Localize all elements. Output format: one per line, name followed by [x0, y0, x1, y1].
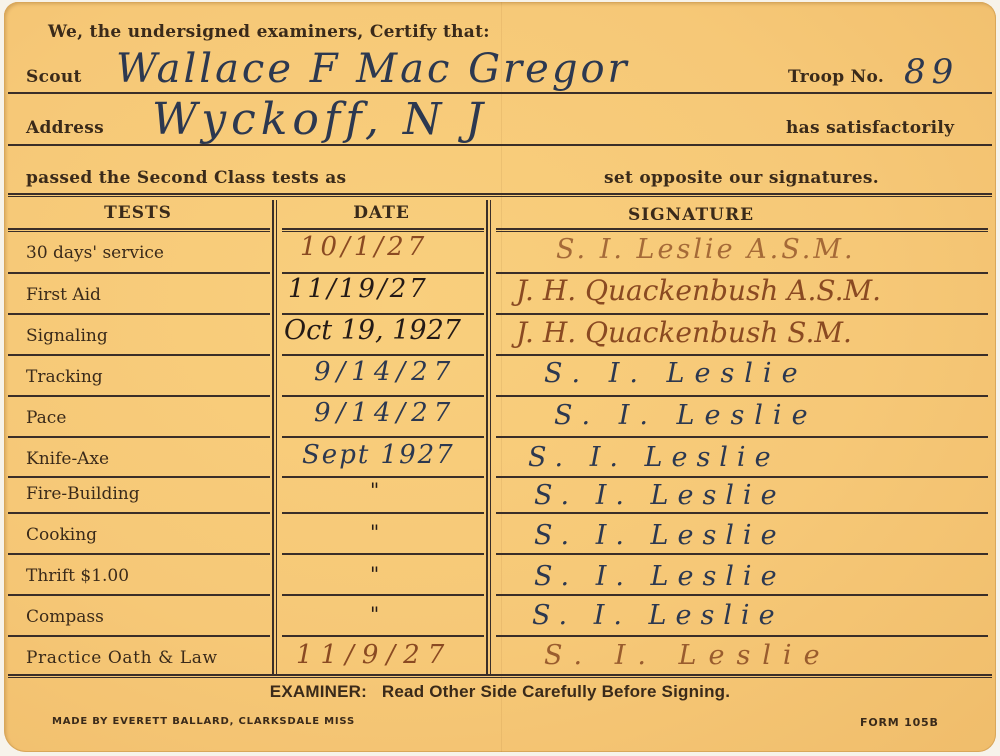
row-rule	[496, 635, 988, 637]
row-rule	[496, 313, 988, 315]
header-top-double-rule	[8, 193, 992, 197]
address-handwritten: Wyckoff, N J	[152, 94, 488, 145]
row-rule	[8, 354, 270, 356]
test-label: First Aid	[26, 285, 101, 305]
passed-class: Second Class	[137, 168, 266, 188]
signature-handwritten: S. I. Leslie A.S.M.	[556, 234, 856, 265]
signature-handwritten: S. I. Leslie	[554, 400, 818, 431]
test-label: Pace	[26, 408, 66, 428]
row-rule	[282, 436, 484, 438]
header-tests: TESTS	[4, 203, 272, 223]
scout-certificate-card: We, the undersigned examiners, Certify t…	[4, 2, 996, 752]
signature-handwritten: J. H. Quackenbush S.M.	[516, 316, 852, 349]
signature-handwritten: S. I. Leslie	[544, 358, 808, 389]
row-rule	[282, 594, 484, 596]
row-rule	[8, 272, 270, 274]
signature-handwritten: S. I. Leslie	[534, 561, 786, 592]
row-rule	[8, 635, 270, 637]
date-handwritten: 11/19/27	[288, 274, 429, 304]
test-label: Fire-Building	[26, 484, 140, 504]
address-rule	[8, 144, 992, 146]
row-rule	[282, 476, 484, 478]
date-handwritten: Oct 19, 1927	[284, 315, 461, 346]
scout-name-handwritten: Wallace F Mac Gregor	[116, 46, 630, 92]
test-label: 30 days' service	[26, 243, 164, 263]
row-rule	[282, 635, 484, 637]
test-label: Signaling	[26, 326, 108, 346]
row-rule	[8, 594, 270, 596]
signature-handwritten: S. I. Leslie	[532, 600, 784, 631]
signature-handwritten: J. H. Quackenbush A.S.M.	[516, 274, 881, 307]
date-handwritten: 9/14/27	[314, 398, 456, 428]
row-rule	[496, 512, 988, 514]
signature-handwritten: S. I. Leslie	[534, 480, 786, 511]
date-handwritten: Sept 1927	[302, 440, 455, 470]
date-ditto-mark: "	[370, 520, 379, 544]
row-rule	[8, 395, 270, 397]
column-divider-tests-date	[272, 200, 277, 674]
row-rule	[282, 512, 484, 514]
row-rule	[8, 436, 270, 438]
card-fold-crease	[501, 2, 502, 752]
passed-suffix: tests as	[272, 168, 347, 188]
row-rule	[8, 512, 270, 514]
test-label: Thrift $1.00	[26, 566, 129, 586]
header-signature: SIGNATURE	[491, 205, 891, 225]
test-label: Knife-Axe	[26, 449, 109, 469]
date-handwritten: 10/1/27	[300, 232, 428, 262]
row-rule	[282, 354, 484, 356]
form-number: FORM 105B	[860, 716, 939, 729]
scout-label: Scout	[26, 67, 82, 87]
row-rule	[496, 354, 988, 356]
test-label: Practice Oath & Law	[26, 648, 218, 668]
examiner-note: Read Other Side Carefully Before Signing…	[382, 682, 730, 701]
passed-prefix: passed the	[26, 168, 131, 188]
date-ditto-mark: "	[370, 602, 379, 626]
row-rule	[496, 476, 988, 478]
row-rule	[496, 594, 988, 596]
date-ditto-mark: "	[370, 562, 379, 586]
header-rule-tests	[8, 228, 270, 232]
certify-intro: We, the undersigned examiners, Certify t…	[48, 22, 490, 42]
row-rule	[496, 395, 988, 397]
date-ditto-mark: "	[370, 478, 379, 502]
signature-handwritten: S. I. Leslie	[528, 442, 780, 473]
row-rule	[282, 553, 484, 555]
table-bottom-double-rule	[8, 674, 992, 678]
row-rule	[8, 476, 270, 478]
examiner-note-line: EXAMINER: Read Other Side Carefully Befo…	[4, 682, 996, 702]
troop-number-handwritten: 89	[904, 52, 959, 92]
address-label: Address	[26, 118, 104, 138]
header-date: DATE	[277, 203, 486, 223]
test-label: Compass	[26, 607, 104, 627]
header-rule-signature	[496, 228, 988, 232]
signature-handwritten: S. I. Leslie	[544, 640, 832, 671]
test-label: Cooking	[26, 525, 97, 545]
row-rule	[8, 553, 270, 555]
row-rule	[496, 436, 988, 438]
signature-handwritten: S. I. Leslie	[534, 520, 786, 551]
test-label: Tracking	[26, 367, 103, 387]
maker-imprint: MADE BY EVERETT BALLARD, CLARKSDALE MISS	[52, 716, 355, 727]
row-rule	[282, 395, 484, 397]
examiner-label: EXAMINER:	[270, 682, 367, 701]
has-satisfactorily-text: has satisfactorily	[786, 118, 954, 138]
troop-label: Troop No.	[788, 67, 884, 87]
date-handwritten: 11/9/27	[296, 640, 452, 670]
set-opposite-text: set opposite our signatures.	[604, 168, 879, 188]
column-divider-date-signature	[486, 200, 491, 674]
date-handwritten: 9/14/27	[314, 357, 456, 387]
row-rule	[496, 553, 988, 555]
row-rule	[8, 313, 270, 315]
